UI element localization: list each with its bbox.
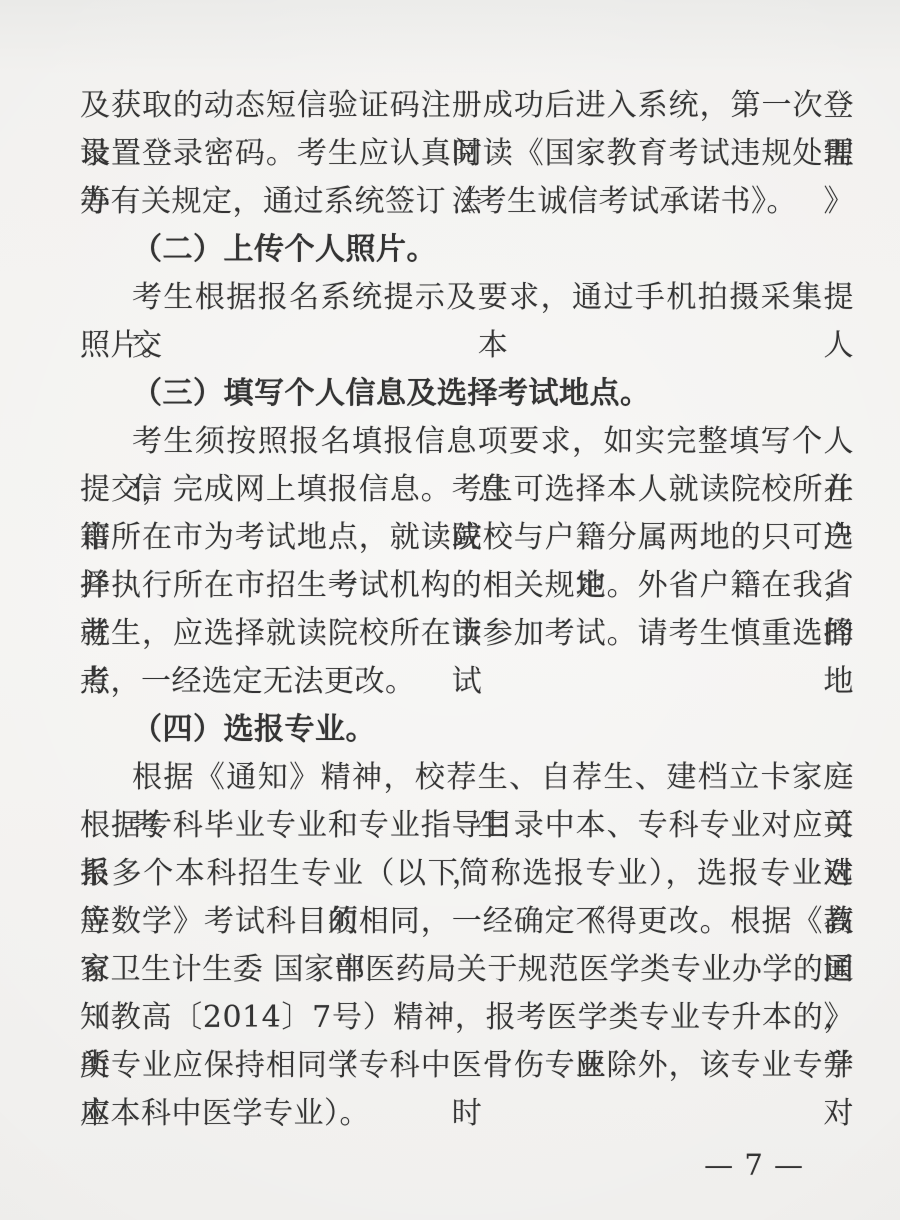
text-line: 设置登录密码。考生应认真阅读《国家教育考试违规处理办法》: [80, 130, 854, 178]
text-line: 提交，完成网上填报信息。考生可选择本人就读院校所在市或户: [80, 466, 854, 514]
section-heading: （四）选报专业。: [80, 706, 854, 754]
text-line: 根据《通知》精神，校荐生、自荐生、建档立卡家庭考生可: [80, 754, 854, 802]
text-line: （教高〔2014〕7号）精神，报考医学类专业专升本的，所学医学: [80, 994, 854, 1042]
section-heading: （三）填写个人信息及选择考试地点。: [80, 370, 854, 418]
text-line: 等有关规定，通过系统签订《考生诚信考试承诺书》。: [80, 178, 854, 226]
text-line: 报多个本科招生专业（以下简称选报专业），选报专业对应的《高: [80, 850, 854, 898]
text-line: 考生，应选择就读院校所在市参加考试。请考生慎重选择考试地: [80, 610, 854, 658]
text-line: 考生根据报名系统提示及要求，通过手机拍摄采集提交本人: [80, 274, 854, 322]
text-line: 根据专科毕业专业和专业指导目录中本、专科专业对应关系，选: [80, 802, 854, 850]
text-line: 并执行所在市招生考试机构的相关规定。外省户籍在我省就读的: [80, 562, 854, 610]
section-heading: （二）上传个人照片。: [80, 226, 854, 274]
text-line: 考生须按照报名填报信息项要求，如实完整填写个人信息并: [80, 418, 854, 466]
text-line: 家卫生计生委 国家中医药局关于规范医学类专业办学的通知》: [80, 946, 854, 994]
text-line: 等数学》考试科目须相同，一经确定不得更改。根据《教育部 国: [80, 898, 854, 946]
text-line: 籍所在市为考试地点，就读院校与户籍分属两地的只可选择一地，: [80, 514, 854, 562]
text-line: 及获取的动态短信验证码注册成功后进入系统，第一次登录时需: [80, 82, 854, 130]
page-number: — 7 —: [704, 1148, 804, 1182]
text-line: 类专业应保持相同（专科中医骨伤专业除外，该专业专升本时对: [80, 1042, 854, 1090]
document-text-block: 及获取的动态短信验证码注册成功后进入系统，第一次登录时需设置登录密码。考生应认真…: [80, 82, 854, 1138]
